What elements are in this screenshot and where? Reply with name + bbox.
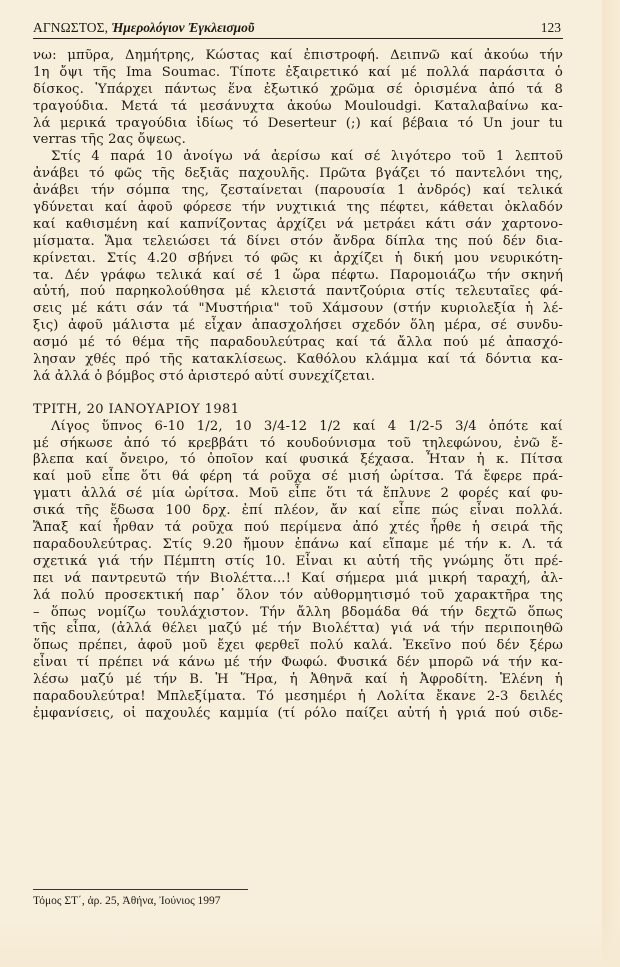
text-line: βλεπα καί ὄνειρο, τό ὁποῖον καί φυσικά ξ… — [33, 452, 563, 469]
page-edge-shadow — [602, 0, 620, 967]
body-text: νω: μπῦρα, Δημήτρης, Κώστας καί ἐπιστροφ… — [33, 48, 563, 723]
text-line: ἀνάβει τό φῶς τῆς δεξιᾶς παχουλῆς. Πρῶτα… — [33, 166, 563, 183]
page-number: 123 — [541, 20, 561, 36]
text-line: λησαν χθές πρό τῆς κατακλίσεως. Καθόλου … — [33, 352, 563, 369]
footnote-rule — [33, 889, 248, 890]
text-line: σικά τῆς ἔδωσα 100 δρχ. ἐπί πλέον, ἄν κα… — [33, 503, 563, 520]
paragraph-3: Λίγος ὕπνος 6-10 1/2, 10 3/4-12 1/2 καί … — [33, 419, 563, 723]
text-line: σεις μέ κάτι σάν τά "Μυστήρια" τοῦ Χάμσο… — [33, 301, 563, 318]
text-line: μέ σήκωσε ἀπό τό κρεββάτι τό κουδούνισμα… — [33, 436, 563, 453]
text-line: παραδουλεύτρα! Μπλεξίματα. Τό μεσημέρι ἡ… — [33, 689, 563, 706]
text-line: τραγούδια. Μετά τά μεσάνυχτα ἀκούω Moulo… — [33, 99, 563, 116]
text-line: λά ἀλλά ὁ βόμβος στό ἀριστερό αὐτί συνεχ… — [33, 369, 563, 386]
text-line: δίσκος. Ὑπάρχει πάντως ἕνα ἐξωτικό χρῶμα… — [33, 82, 563, 99]
text-line: γδύνεται καί ἀφοῦ φόρεσε τήν νυχτικιά τη… — [33, 200, 563, 217]
text-line: λά πολύ προσεκτική παρ᾽ ὅλον τόν αὐθορμη… — [33, 588, 563, 605]
text-line: τῆς εἶπα, (ἀλλά θέλει μαζύ μέ τήν Βιολέτ… — [33, 621, 563, 638]
text-line: νω: μπῦρα, Δημήτρης, Κώστας καί ἐπιστροφ… — [33, 48, 563, 65]
text-line: αὐτή, πού παρηκολούθησα μέ κλειστά παντζ… — [33, 284, 563, 301]
text-line: κρίνεται. Στίς 4.20 σβήνει τό φῶς κι ἀρχ… — [33, 251, 563, 268]
text-line: τα. Δέν γράφω τελικά καί σέ 1 ὥρα πέφτω.… — [33, 268, 563, 285]
text-line: – ὅπως νομίζω τουλάχιστον. Τήν ἄλλη βδομ… — [33, 605, 563, 622]
text-line: verras τῆς 2ας ὄψεως. — [33, 132, 563, 149]
text-line: λά μερικά τραγούδια ἰδίως τό Deserteur (… — [33, 116, 563, 133]
page-bottom-shade — [0, 919, 620, 967]
header-title: Ἡμερολόγιον Ἐγκλεισμοῦ — [111, 20, 254, 35]
paragraph-2: Στίς 4 παρά 10 ἀνοίγω νά ἀερίσω καί σέ λ… — [33, 149, 563, 385]
text-line: καί καθισμένη καί καπνίζοντας ἀρχίζει νά… — [33, 217, 563, 234]
text-line: Στίς 4 παρά 10 ἀνοίγω νά ἀερίσω καί σέ λ… — [33, 149, 563, 166]
header-author: ΑΓΝΩΣΤΟΣ, — [33, 20, 108, 35]
text-line: εἶναι τί πρέπει νά κάνω μέ τήν Φωφώ. Φυσ… — [33, 655, 563, 672]
date-heading: ΤΡΙΤΗ, 20 ΙΑΝΟΥΑΡΙΟΥ 1981 — [33, 402, 563, 419]
text-line: μίσματα. Ἅμα τελειώσει τά δίνει στόν ἄνδ… — [33, 234, 563, 251]
running-header: ΑΓΝΩΣΤΟΣ, Ἡμερολόγιον Ἐγκλεισμοῦ 123 — [33, 20, 563, 39]
text-line: καί μοῦ εἶπε ὅτι θά φέρη τά ροῦχα σέ μισ… — [33, 469, 563, 486]
text-line: γματι ἀλλά σέ μία ὡρίτσα. Μοῦ εἶπε ὅτι τ… — [33, 486, 563, 503]
text-line: Λίγος ὕπνος 6-10 1/2, 10 3/4-12 1/2 καί … — [33, 419, 563, 436]
text-line: παραδουλεύτρας. Στίς 9.20 ἤμουν ἐπάνω κα… — [33, 537, 563, 554]
text-line: ὅπως πρέπει, ἀφοῦ μοῦ ἔχει φερθεῖ πολύ κ… — [33, 638, 563, 655]
text-line: ξις) ἀφοῦ μάλιστα μέ εἶχαν ἀπασχολήσει σ… — [33, 318, 563, 335]
paragraph-1: νω: μπῦρα, Δημήτρης, Κώστας καί ἐπιστροφ… — [33, 48, 563, 149]
text-line: 1η ὄψι τῆς Ima Soumac. Τίποτε ἐξαιρετικό… — [33, 65, 563, 82]
text-line: ασμό μέ τό θέμα τῆς παραδουλεύτρας καί τ… — [33, 335, 563, 352]
footnote-citation: Τόμος ΣΤ΄, ἀρ. 25, Ἀθήνα, Ἰούνιος 1997 — [33, 894, 221, 908]
text-line: σχετικά γιά τήν Πέμπτη στίς 10. Εἶναι κι… — [33, 554, 563, 571]
section-gap — [33, 386, 563, 402]
text-line: ἀνάβει τήν σόμπα της, ζεσταίνεται (παρου… — [33, 183, 563, 200]
text-line: πει νά παντρευτῶ τήν Βιολέττα...! Καί σή… — [33, 571, 563, 588]
text-line: λέσω μαζύ μέ τήν Β. Ἡ Ἥρα, ἡ Ἀθηνᾶ καί ἡ… — [33, 672, 563, 689]
text-line: Ἅπαξ καί ἦρθαν τά ροῦχα πού περίμενα ἀπό… — [33, 520, 563, 537]
text-line: ἐμφανίσεις, οἱ παχουλές καμμία (τί ρόλο … — [33, 706, 563, 723]
